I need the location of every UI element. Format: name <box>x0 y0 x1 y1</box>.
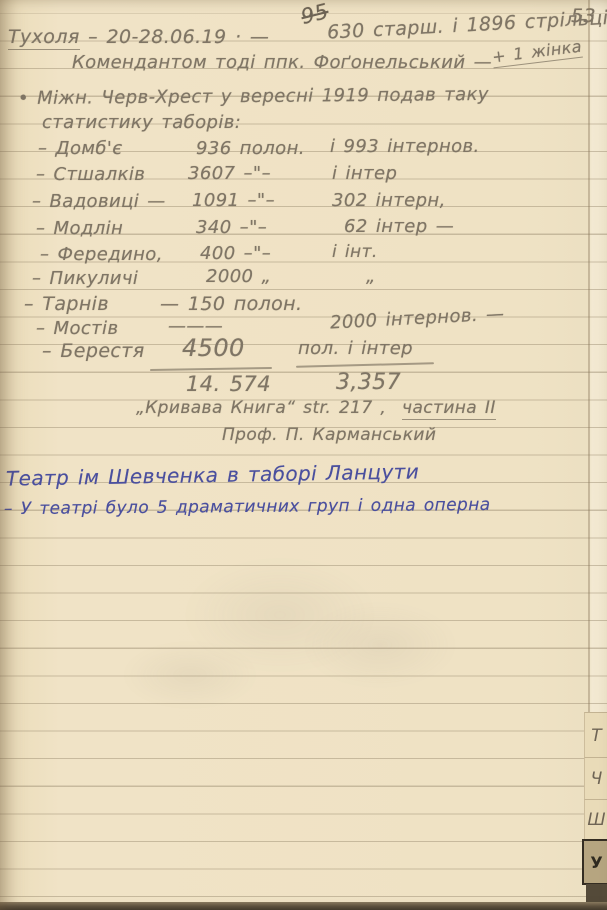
camp-pow-count: 340 –"– <box>196 217 267 238</box>
source-part: частина ІІ <box>402 398 496 420</box>
camp-interned-count: і інтер <box>332 163 397 184</box>
commandant-extra: + 1 жінка <box>491 37 583 69</box>
index-tab-label: Ч <box>591 769 603 789</box>
source-title: „Кривава Книга“ str. 217 , <box>136 398 386 418</box>
camp-name: – Фередино, <box>40 244 163 265</box>
camp-pow-count: 4500 <box>182 334 245 362</box>
redcross-line1: • Міжн. Черв-Хрест у вересні 1919 подав … <box>18 84 489 109</box>
camp-name: – Вадовиці — <box>32 191 166 212</box>
camp-pow-count: — 150 полон. <box>160 293 302 315</box>
camp-interned-count: „ <box>366 266 376 287</box>
camp-name: – Домб'є <box>38 138 123 159</box>
camp-pow-count: 3607 –"– <box>188 163 271 184</box>
commandant-line: Комендантом тоді ппк. Фоґонельський — <box>72 52 492 73</box>
camp-pow-count: 1091 –"– <box>192 190 275 211</box>
total-rule-interned <box>296 362 434 368</box>
notebook-page: 53 95 Тухоля – 20-28.06.19 · — 630 старш… <box>0 0 607 910</box>
bleed-through-mark <box>120 640 260 710</box>
heading-line: Тухоля – 20-28.06.19 · — <box>8 26 269 48</box>
camp-name: – Стшалків <box>36 164 145 185</box>
camp-pow-count: 936 полон. <box>196 138 305 159</box>
index-tab-u[interactable]: У <box>582 839 607 885</box>
heading-place: Тухоля <box>8 26 80 50</box>
index-tab-label: У <box>590 853 602 872</box>
source-author: Проф. П. Карманський <box>222 425 436 445</box>
index-tab-label: Ш <box>587 810 605 830</box>
index-tab-sh[interactable]: Ш <box>584 799 607 840</box>
camp-interned-count: 2000 інтернов. — <box>330 303 505 333</box>
camp-pow-count: 2000 „ <box>206 266 271 287</box>
index-tab-ch[interactable]: Ч <box>584 757 607 800</box>
redcross-line2: статистику таборів: <box>42 112 241 133</box>
theatre-note-line1: Театр ім Шевченка в таборі Ланцути <box>6 459 420 490</box>
camp-interned-count: і інт. <box>332 242 378 262</box>
camp-name: – Мостів <box>36 318 118 339</box>
page-bottom-edge <box>0 902 607 910</box>
camp-name: – Тарнів <box>24 293 109 315</box>
total-interned: 3,357 <box>336 370 401 395</box>
camp-interned-count: і 993 інтернов. <box>330 136 480 157</box>
source-citation: „Кривава Книга“ str. 217 , частина ІІ <box>136 398 496 418</box>
index-tab-label: Т <box>591 726 601 746</box>
camp-pow-count: 400 –"– <box>200 243 271 264</box>
camp-name: – Пикуличі <box>32 268 138 289</box>
camp-name: – Модлін <box>36 218 123 239</box>
index-tab-t[interactable]: Т <box>584 712 607 758</box>
total-rule-pow <box>150 367 272 371</box>
bleed-through-mark <box>300 600 460 690</box>
camp-interned-count: пол. і інтер <box>298 338 413 359</box>
theatre-note-line2: – У театрі було 5 драматичних груп і одн… <box>4 495 491 519</box>
heading-dates: – 20-28.06.19 · — <box>88 26 269 48</box>
camp-interned-count: 302 інтерн, <box>332 190 446 211</box>
camp-name: – Берестя <box>42 340 145 362</box>
total-pow: 14. 574 <box>186 372 271 396</box>
camp-interned-count: 62 інтер — <box>344 216 454 237</box>
